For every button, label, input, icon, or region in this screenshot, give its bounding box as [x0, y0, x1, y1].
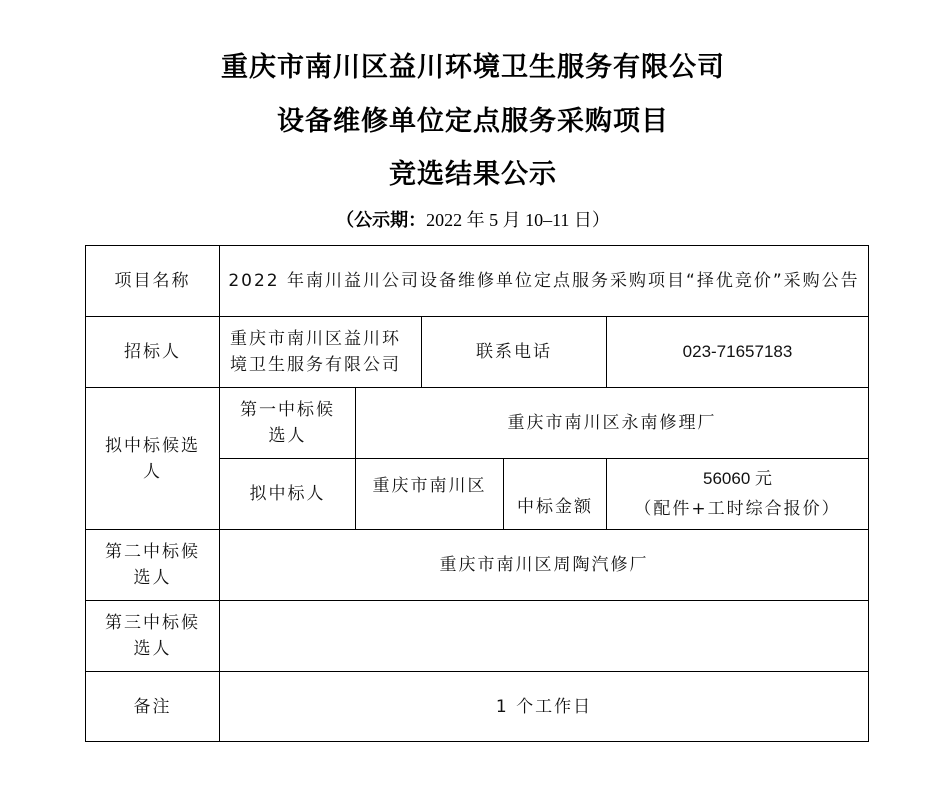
- project-name-value: 2022 年南川益川公司设备维修单位定点服务采购项目“择优竞价”采购公告: [219, 245, 869, 317]
- contact-phone-value: 023-71657183: [606, 316, 869, 388]
- tenderer-value: 重庆市南川区益川环境卫生服务有限公司: [219, 316, 422, 388]
- candidates-label: 拟中标候选人: [85, 387, 220, 530]
- title-project: 设备维修单位定点服务采购项目: [0, 99, 946, 138]
- bid-amount-value: 56060 元: [703, 464, 772, 494]
- proposed-winner-value: 重庆市南川区: [355, 458, 504, 530]
- second-candidate-label: 第二中标候选人: [85, 529, 220, 601]
- second-candidate-value: 重庆市南川区周陶汽修厂: [219, 529, 869, 601]
- remarks-value: 1 个工作日: [219, 671, 869, 742]
- first-candidate-label: 第一中标候选人: [219, 387, 356, 459]
- bid-amount-cell: 56060 元 （配件+工时综合报价）: [606, 458, 869, 530]
- title-result: 竞选结果公示: [0, 152, 946, 191]
- first-candidate-value: 重庆市南川区永南修理厂: [355, 387, 869, 459]
- publicity-period: （公示期：2022 年 5 月 10–11 日）: [0, 206, 946, 232]
- period-value: 2022 年 5 月 10–11 日）: [426, 210, 610, 230]
- proposed-winner-label: 拟中标人: [219, 458, 356, 530]
- period-label: （公示期：: [336, 210, 426, 231]
- title-company: 重庆市南川区益川环境卫生服务有限公司: [0, 45, 946, 84]
- third-candidate-value: [219, 600, 869, 672]
- third-candidate-label: 第三中标候选人: [85, 600, 220, 672]
- bid-amount-note: （配件+工时综合报价）: [634, 494, 840, 524]
- tenderer-label: 招标人: [85, 316, 220, 388]
- bid-amount-label: 中标金额: [503, 458, 607, 530]
- remarks-label: 备注: [85, 671, 220, 742]
- project-name-label: 项目名称: [85, 245, 220, 317]
- contact-phone-label: 联系电话: [421, 316, 607, 388]
